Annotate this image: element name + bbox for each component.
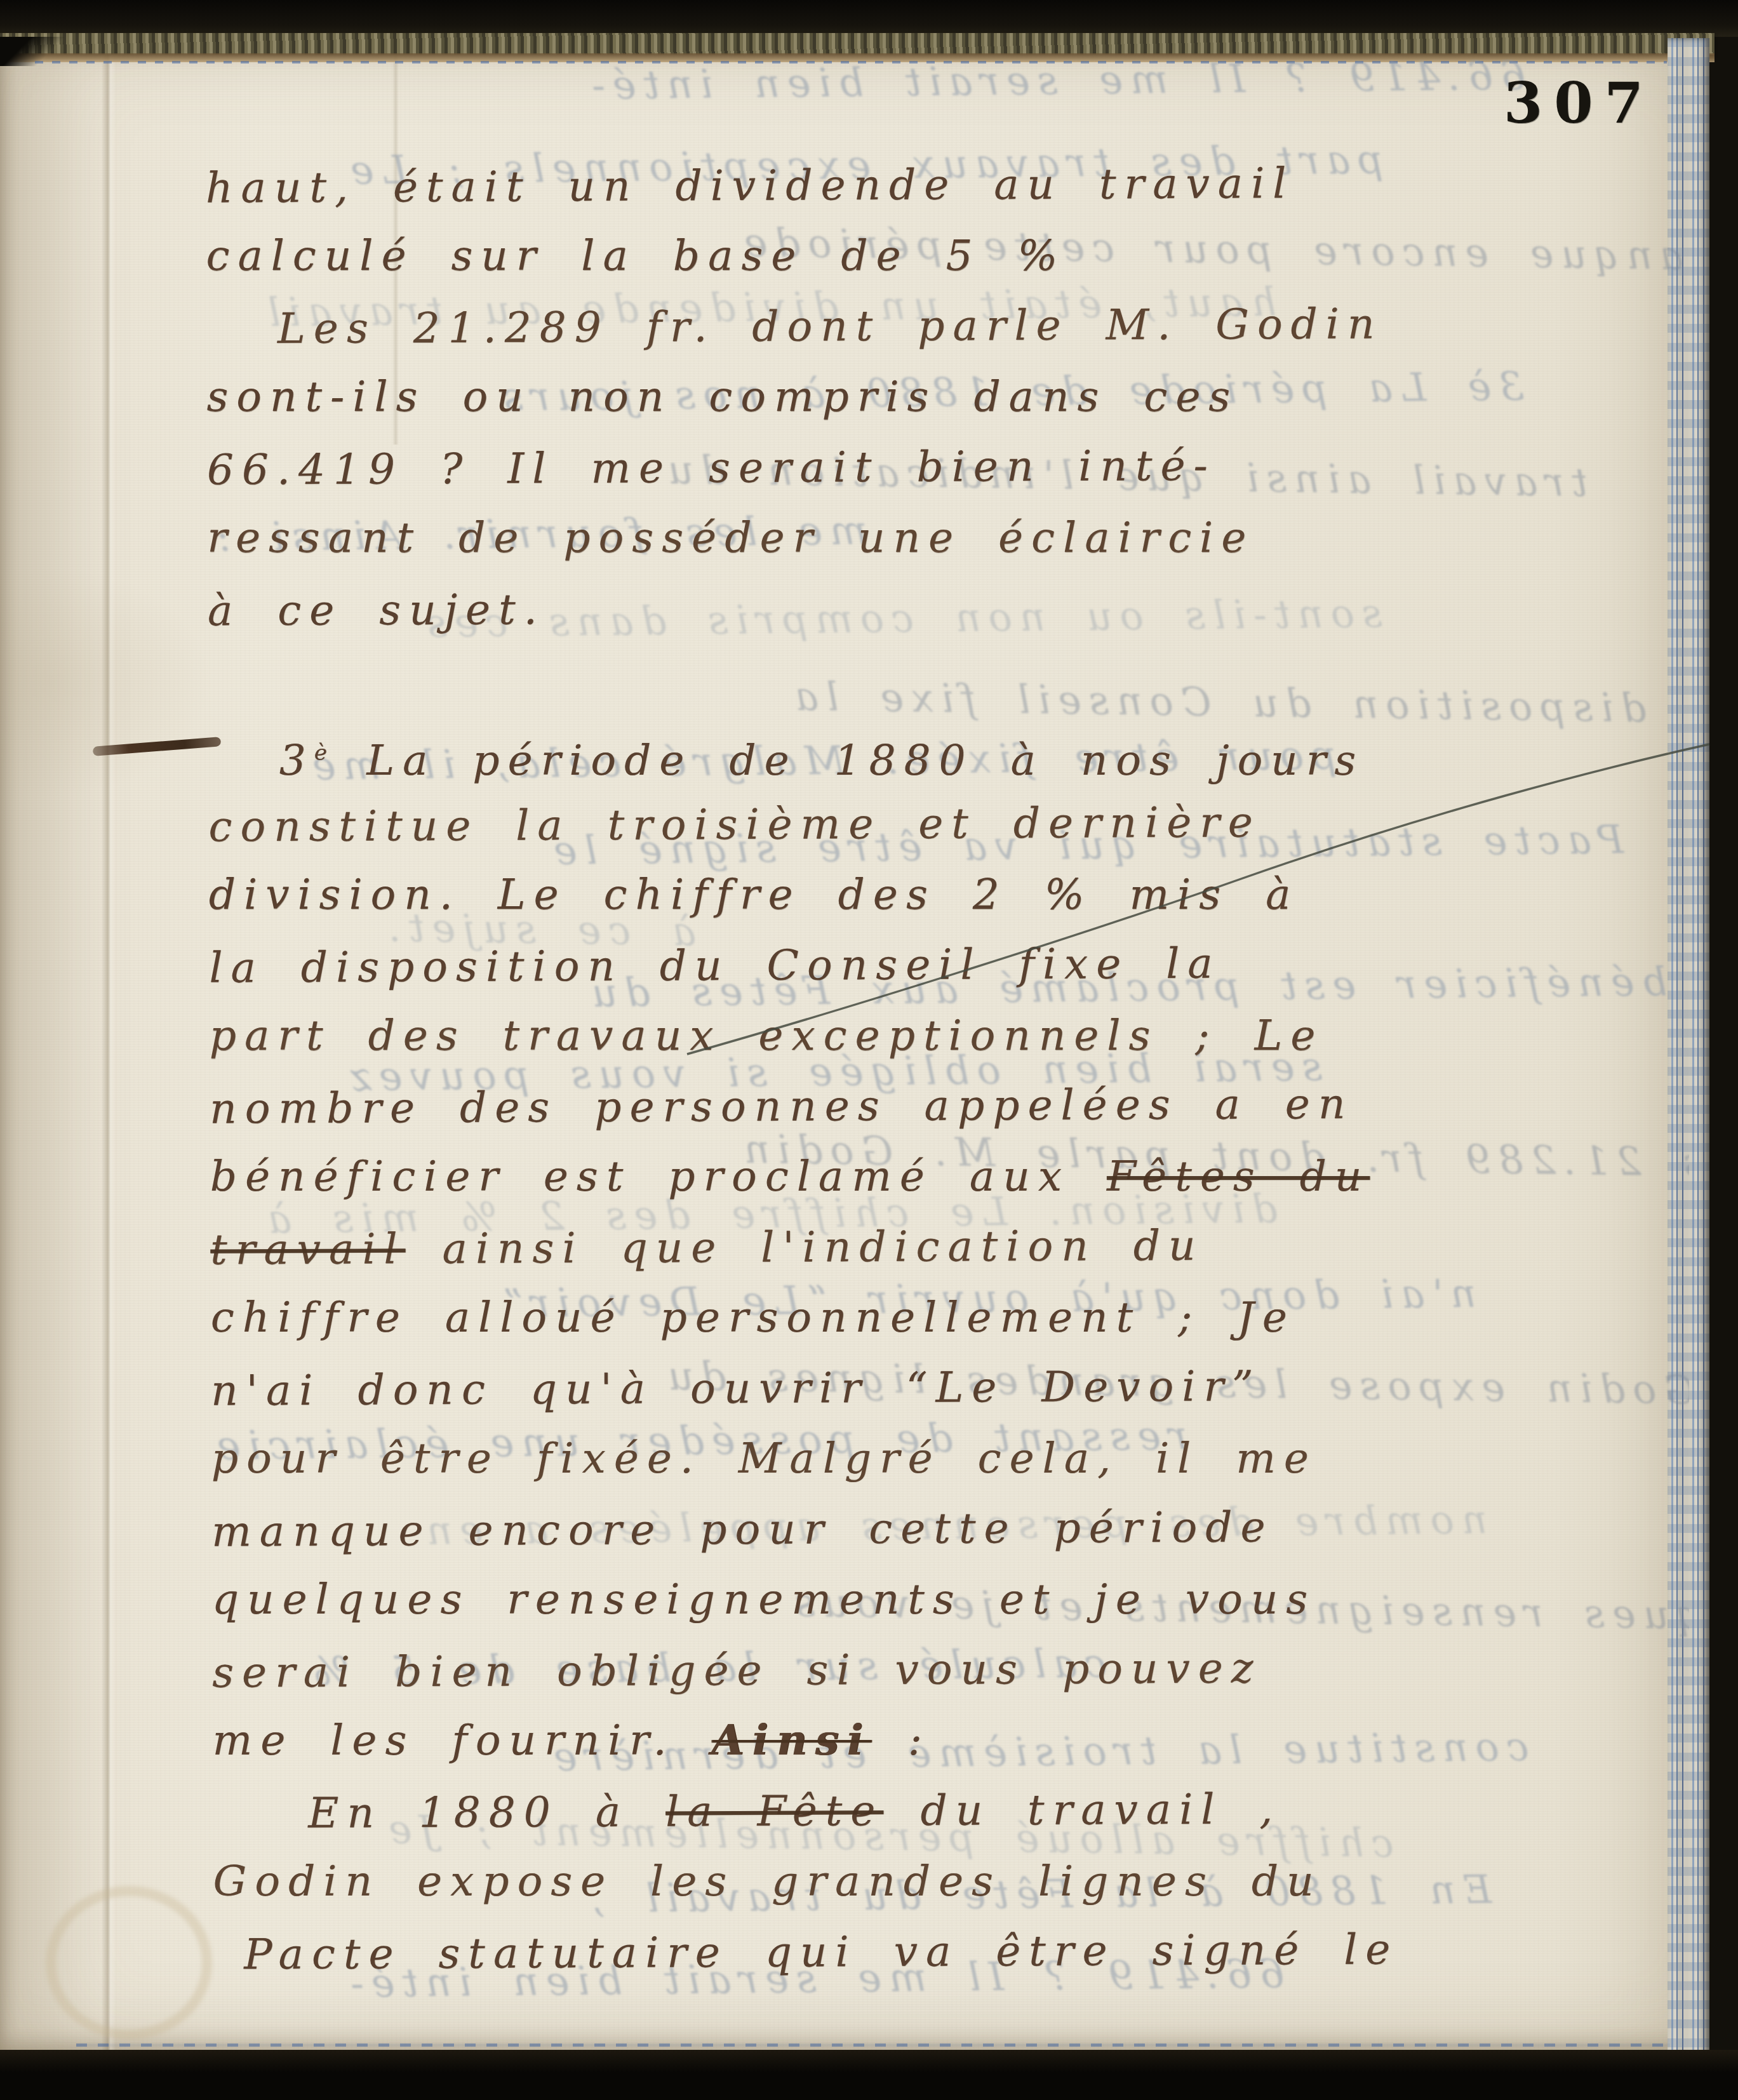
text-segment: serai bien obligée si vous pouvez <box>212 1643 1262 1697</box>
text-segment: : <box>871 1716 930 1765</box>
manuscript-line: la disposition du Conseil fixe la <box>209 926 1530 1003</box>
manuscript-line: Pacte statutaire qui va être signé le <box>244 1913 1534 1990</box>
text-segment: à ce sujet. <box>208 585 545 635</box>
text-segment: haut, était un dividende au travail <box>206 159 1295 212</box>
text-segment: Ainsi <box>711 1715 871 1765</box>
bleedthrough-line: 66.419 ? Il me serait bien inté- <box>584 52 1526 109</box>
manuscript-line: Les 21.289 fr. dont parle M. Godin <box>277 288 1527 364</box>
binding-top-edge <box>0 0 1738 37</box>
manuscript-line: serai bien obligée si vous pouvez <box>212 1631 1533 1708</box>
scanned-manuscript-page: 66.419 ? Il me serait bien inté-part des… <box>0 0 1738 2100</box>
page-number: 307 <box>1504 70 1655 136</box>
text-segment: chiffre alloué personnellement ; Je <box>211 1293 1295 1342</box>
text-segment: calculé sur la base de 5 % <box>206 231 1066 280</box>
text-segment: En 1880 à <box>308 1787 665 1837</box>
text-segment: constitue la troisième et dernière <box>208 798 1261 851</box>
text-segment: La période de 1880 à nos jours <box>330 736 1364 785</box>
text-segment: 3 <box>279 736 314 785</box>
manuscript-line: part des travaux exceptionnels ; Le <box>210 1000 1530 1071</box>
manuscript-line: haut, était un dividende au travail <box>206 147 1527 223</box>
text-segment: 66.419 ? Il me serait bien inté- <box>207 441 1216 495</box>
text-segment: Pacte statutaire qui va être signé le <box>244 1925 1399 1979</box>
text-segment: quelques renseignements et je vous <box>212 1575 1316 1624</box>
text-segment: part des travaux exceptionnels ; Le <box>210 1011 1324 1060</box>
manuscript-line: sont-ils ou non compris dans ces <box>206 361 1527 432</box>
text-segment: Godin expose les grandes lignes du <box>213 1857 1322 1906</box>
manuscript-line: chiffre alloué personnellement ; Je <box>211 1282 1532 1353</box>
text-segment: è <box>314 740 330 766</box>
manuscript-line: nombre des personnes appelées a en <box>210 1067 1530 1144</box>
text-segment: me les fournir. <box>213 1716 712 1765</box>
text-segment: Les 21.289 fr. dont parle M. Godin <box>277 299 1383 353</box>
text-segment: manque encore pour cette période <box>211 1502 1274 1556</box>
manuscript-line: 3è La période de 1880 à nos jours <box>279 718 1529 789</box>
binding-bottom-edge <box>0 2050 1738 2100</box>
text-segment: travail <box>210 1224 406 1274</box>
manuscript-line: à ce sujet. <box>208 570 1528 646</box>
manuscript-line: quelques renseignements et je vous <box>212 1564 1533 1635</box>
manuscript-line: pour être fixée. Malgré cela, il me <box>211 1423 1532 1494</box>
text-segment: n'ai donc qu'à ouvrir “Le Devoir” <box>211 1361 1262 1415</box>
manuscript-line: En 1880 à la Fête du travail , <box>308 1772 1534 1848</box>
text-segment: ressant de posséder une éclaircie <box>207 513 1254 562</box>
text-segment: pour être fixée. Malgré cela, il me <box>211 1434 1317 1483</box>
manuscript-line: calculé sur la base de 5 % <box>206 220 1527 291</box>
manuscript-line: travail ainsi que l'indication du <box>210 1208 1531 1285</box>
text-segment: sont-ils ou non compris dans ces <box>206 372 1238 421</box>
text-segment: division. Le chiffre des 2 % mis à <box>209 870 1299 919</box>
manuscript-line: manque encore pour cette période <box>211 1490 1532 1567</box>
text-segment: Fêtes du <box>1107 1152 1370 1201</box>
text-segment: la disposition du Conseil fixe la <box>209 939 1221 993</box>
text-segment: nombre des personnes appelées a en <box>210 1080 1353 1134</box>
manuscript-line: constitue la troisième et dernière <box>208 786 1529 862</box>
text-segment: la Fête <box>665 1786 884 1836</box>
text-segment: du travail , <box>883 1784 1281 1835</box>
manuscript-line: bénéficier est proclamé aux Fêtes du <box>210 1141 1531 1212</box>
manuscript-line: n'ai donc qu'à ouvrir “Le Devoir” <box>211 1349 1532 1426</box>
text-segment: bénéficier est proclamé aux <box>210 1152 1107 1201</box>
manuscript-line: ressant de posséder une éclaircie <box>207 502 1528 573</box>
manuscript-text: haut, était un dividende au travailcalcu… <box>206 147 1535 1990</box>
manuscript-line: Godin expose les grandes lignes du <box>213 1846 1534 1916</box>
manuscript-line: me les fournir. Ainsi : <box>213 1705 1534 1776</box>
text-segment: ainsi que l'indication du <box>405 1221 1203 1273</box>
manuscript-line: division. Le chiffre des 2 % mis à <box>209 859 1530 930</box>
manuscript-line: 66.419 ? Il me serait bien inté- <box>207 429 1528 505</box>
